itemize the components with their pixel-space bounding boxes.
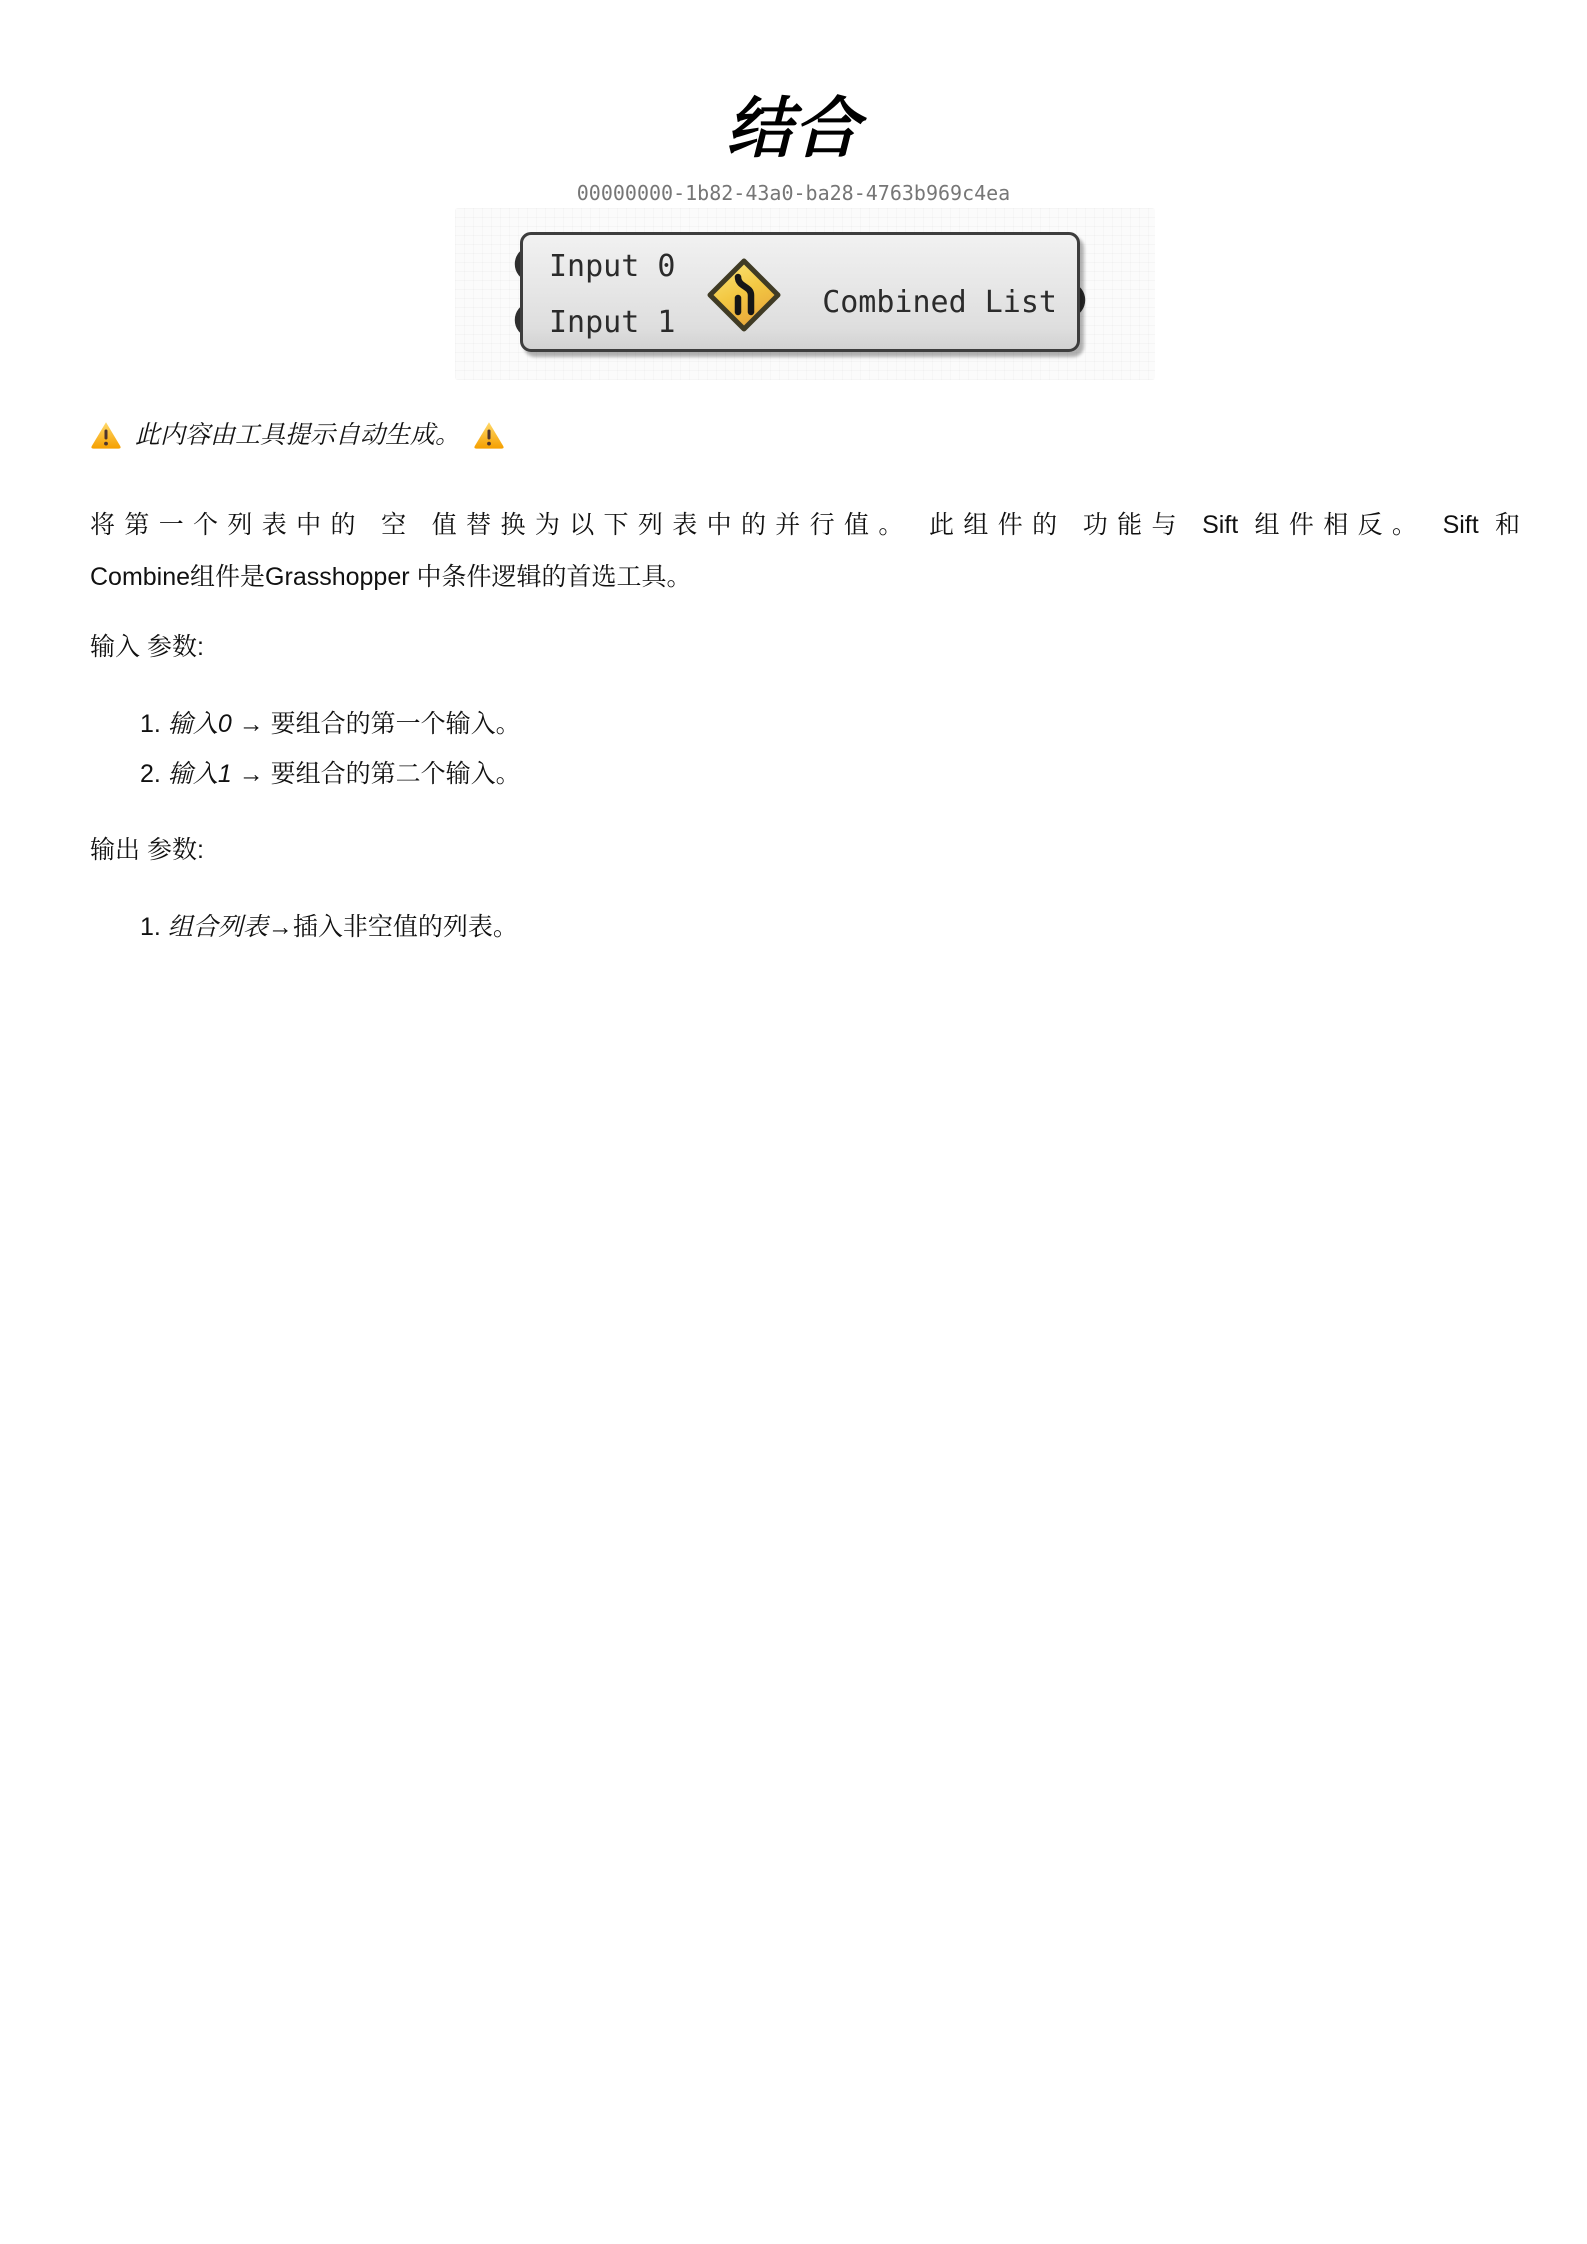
input-label-0: Input 0 <box>549 247 675 287</box>
parameter-name: 输入0 <box>168 710 232 738</box>
component-body: Input 0 Input 1 Combined List <box>520 232 1080 352</box>
warning-text: 此内容由工具提示自动生成。 <box>135 410 460 460</box>
description-line-2: Combine组件是Grasshopper 中条件逻辑的首选工具。 <box>90 551 1520 603</box>
list-item: 1.组合列表→插入非空值的列表。 <box>140 902 1520 952</box>
page-title: 结合 <box>0 92 1587 164</box>
parameter-description: → 要组合的第一个输入。 <box>232 710 521 738</box>
item-number: 1. <box>140 902 161 952</box>
component-description: 将第一个列表中的 空 值替换为以下列表中的并行值。 此组件的 功能与 Sift … <box>90 499 1520 603</box>
parameter-description: →插入非空值的列表。 <box>268 913 518 941</box>
parameter-name: 组合列表 <box>168 913 268 941</box>
output-label: Combined List <box>822 283 1057 323</box>
grasshopper-component: Input 0 Input 1 Combined List <box>520 232 1080 352</box>
list-item: 1.输入0 → 要组合的第一个输入。 <box>140 699 1520 749</box>
warning-triangle-icon <box>90 420 122 450</box>
merge-lanes-diamond-icon <box>704 255 784 335</box>
document-content: 此内容由工具提示自动生成。 将第一个列表中的 空 值替换为以下列表中的并行值。 … <box>90 417 1520 952</box>
description-line-1: 将第一个列表中的 空 值替换为以下列表中的并行值。 此组件的 功能与 Sift … <box>90 499 1520 551</box>
auto-generated-warning: 此内容由工具提示自动生成。 <box>90 417 1520 453</box>
list-item: 2.输入1 → 要组合的第二个输入。 <box>140 749 1520 799</box>
item-number: 2. <box>140 749 161 799</box>
component-guid: 00000000-1b82-43a0-ba28-4763b969c4ea <box>0 180 1587 206</box>
input-label-1: Input 1 <box>549 303 675 343</box>
inputs-parameter-list: 1.输入0 → 要组合的第一个输入。 2.输入1 → 要组合的第二个输入。 <box>90 699 1520 799</box>
outputs-parameter-list: 1.组合列表→插入非空值的列表。 <box>90 902 1520 952</box>
inputs-section-heading: 输入 参数: <box>90 629 1520 666</box>
warning-triangle-icon <box>473 420 505 450</box>
parameter-description: → 要组合的第二个输入。 <box>232 760 521 788</box>
item-number: 1. <box>140 699 161 749</box>
parameter-name: 输入1 <box>168 760 232 788</box>
outputs-section-heading: 输出 参数: <box>90 832 1520 869</box>
